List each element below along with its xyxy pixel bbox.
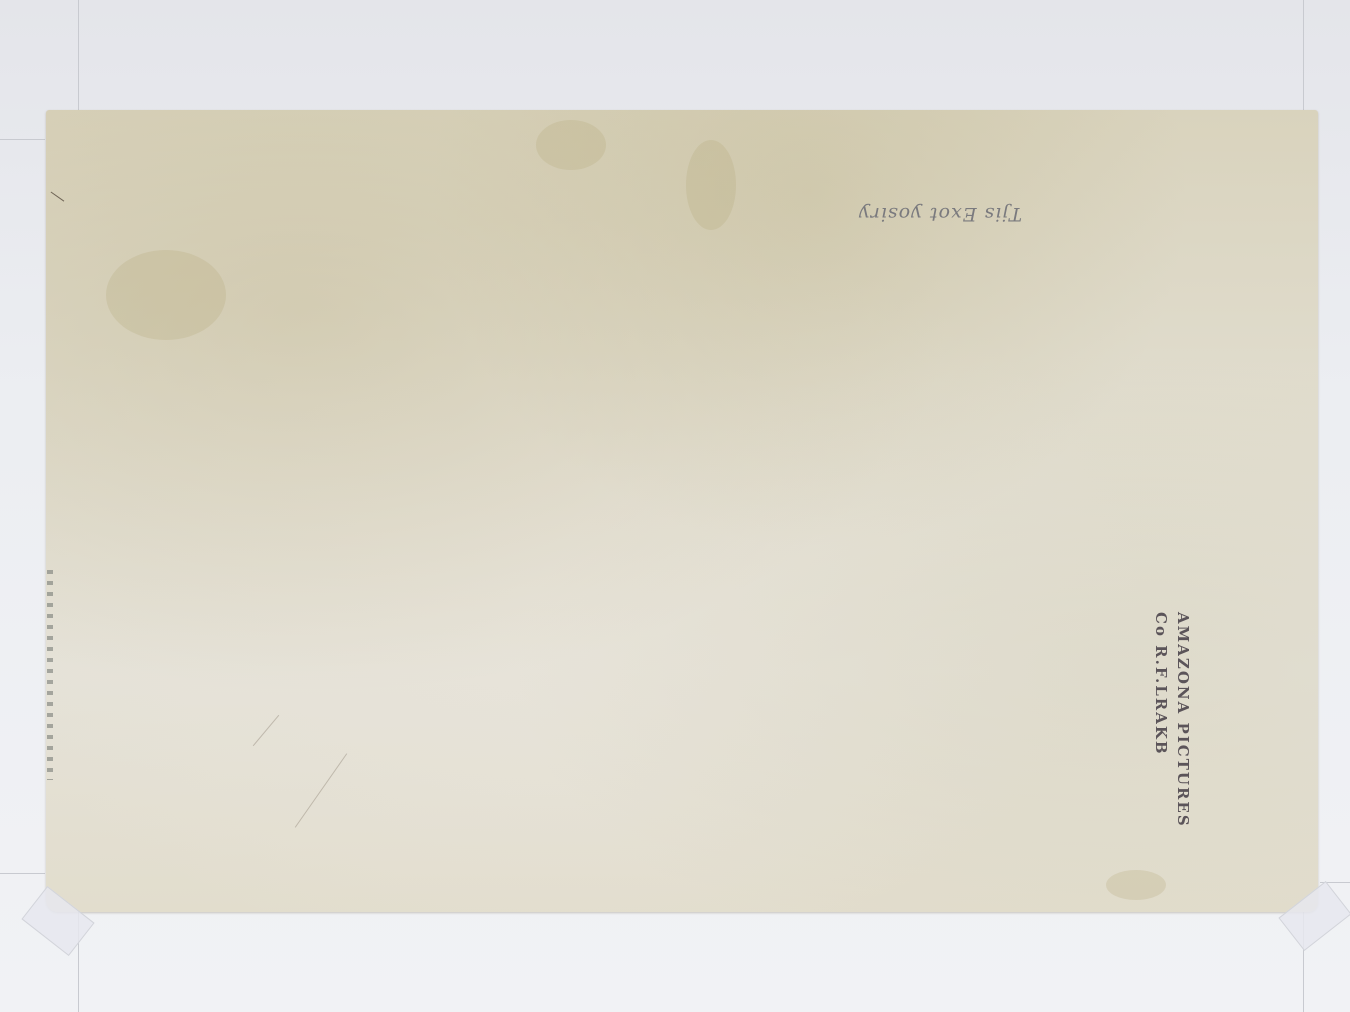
edge-perforation-marks (47, 570, 53, 780)
pencil-inscription: Tjis Exot yosiry (862, 185, 1022, 225)
background-guide-line (0, 139, 45, 140)
paper-scratch (295, 753, 347, 827)
paper-stain (536, 120, 606, 170)
background-guide-line (0, 873, 45, 874)
paper-stain (1106, 870, 1166, 900)
publisher-stamp: AMAZONA PICTURES Co R.F.LRAKB (1150, 612, 1194, 828)
stamp-line-1: AMAZONA PICTURES (1172, 612, 1194, 828)
stamp-line-2: Co R.F.LRAKB (1150, 612, 1172, 828)
paper-stain (106, 250, 226, 340)
aged-paper-verso (46, 110, 1318, 912)
paper-scratch (253, 715, 279, 746)
paper-stain (686, 140, 736, 230)
